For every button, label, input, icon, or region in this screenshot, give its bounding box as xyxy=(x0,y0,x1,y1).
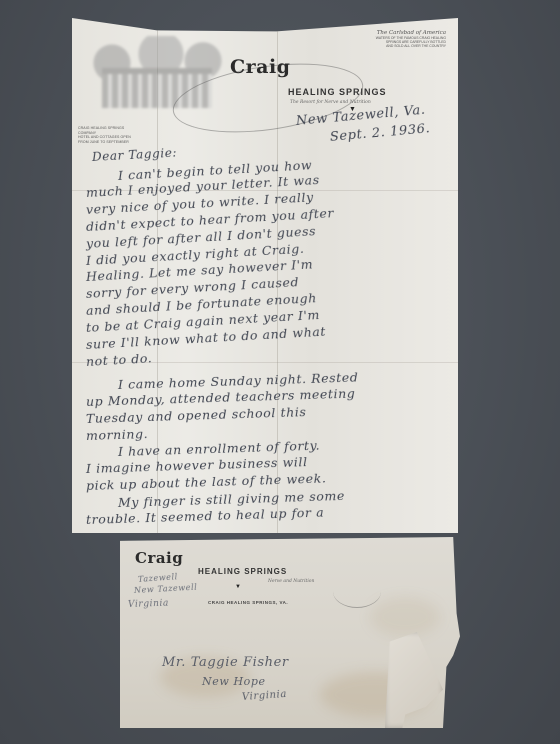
letterhead-small-print: Craig Healing Springs Company Hotel and … xyxy=(78,126,140,144)
envelope-return-address-line: Virginia xyxy=(128,599,169,610)
envelope-recipient-city: New Hope xyxy=(202,675,266,688)
envelope-address-line: CRAIG HEALING SPRINGS, VA. xyxy=(208,600,288,605)
letterhead-name: HEALING SPRINGS xyxy=(288,87,387,97)
envelope-return-address-line: Tazewell xyxy=(138,572,178,584)
letter-date: Sept. 2. 1936. xyxy=(329,121,430,145)
envelope-return-address-line: New Tazewell xyxy=(134,583,198,595)
letter-salutation: Dear Taggie: xyxy=(92,146,178,164)
envelope-recipient-name: Mr. Taggie Fisher xyxy=(162,655,289,670)
letterhead-brand: Craig xyxy=(230,56,290,78)
envelope-brand: Craig xyxy=(135,549,183,567)
letter-sheet: Craig Healing Springs Company Hotel and … xyxy=(72,18,458,533)
envelope-recipient-state: Virginia xyxy=(242,689,288,703)
envelope-tagline: Nerve and Nutrition xyxy=(268,579,314,584)
letter-body-line: morning. xyxy=(86,426,149,443)
letterhead-tagline: The Resort for Nerve and Nutrition xyxy=(290,100,371,105)
letter-body-line: not to do. xyxy=(86,350,153,369)
envelope-name: HEALING SPRINGS xyxy=(198,567,287,576)
triangle-down-icon: ▼ xyxy=(235,584,241,590)
letterhead-corner-note: The Carlsbad of America Waters of the fa… xyxy=(364,30,446,49)
postmark-arc xyxy=(333,575,381,608)
